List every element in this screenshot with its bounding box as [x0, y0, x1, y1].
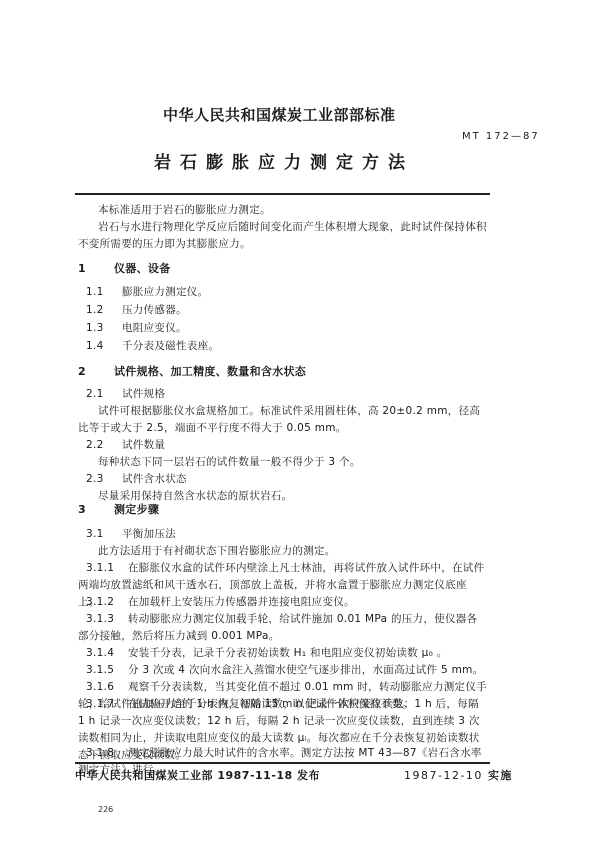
item-text: 试件规格 [122, 388, 165, 400]
step-number: 3.1.1 [86, 560, 128, 577]
document-title: 岩石膨胀应力测定方法 [154, 148, 414, 173]
item-2-2-body: 每种状态下同一层岩石的试件数量一般不得少于 3 个。 [78, 454, 488, 471]
effective-label: 实施 [488, 769, 513, 782]
item-number: 1.1 [86, 284, 122, 301]
item-number: 1.4 [86, 338, 122, 355]
item-text: 试件含水状态 [122, 473, 187, 485]
step-number: 3.1.8 [86, 745, 128, 762]
section-number: 1 [78, 260, 114, 277]
item-text: 压力传感器。 [122, 304, 187, 316]
item-2-2: 2.2试件数量 [86, 437, 496, 454]
item-3-1: 3.1平衡加压法 [86, 526, 496, 543]
item-number: 2.2 [86, 437, 122, 454]
step-number: 3.1.4 [86, 645, 128, 662]
section-2-heading: 2试件规格、加工精度、数量和含水状态 [78, 363, 488, 380]
step-number: 3.1.7 [86, 696, 128, 713]
step-number: 3.1.5 [86, 662, 128, 679]
section-number: 2 [78, 363, 114, 380]
item-text: 千分表及磁性表座。 [122, 340, 219, 352]
effective-statement: 1987-12-10 实施 [404, 767, 513, 783]
item-2-1: 2.1试件规格 [86, 386, 496, 403]
bottom-divider [75, 762, 490, 764]
issuing-organization: 中华人民共和国煤炭工业部部标准 [163, 104, 396, 125]
standard-code: MT 172—87 [462, 131, 540, 142]
step-number: 3.1.2 [86, 594, 128, 611]
item-1-2: 1.2压力传感器。 [86, 302, 496, 319]
item-number: 1.3 [86, 320, 122, 337]
effective-date: 1987-12-10 [404, 769, 483, 782]
item-1-3: 1.3电阻应变仪。 [86, 320, 496, 337]
step-text: 在加载杆上安装压力传感器并连接电阻应变仪。 [128, 596, 355, 608]
step-3-1-3: 3.1.3转动膨胀应力测定仪加载手轮，给试件施加 0.01 MPa 的压力，使仪… [78, 611, 488, 645]
item-text: 电阻应变仪。 [122, 322, 187, 334]
section-title: 仪器、设备 [114, 262, 171, 275]
section-3-heading: 3测定步骤 [78, 501, 488, 518]
item-text: 平衡加压法 [122, 528, 176, 540]
issue-statement: 中华人民共和国煤炭工业部 1987-11-18 发布 [75, 767, 320, 783]
intro-definition: 岩石与水进行物理化学反应后随时间变化而产生体积增大现象，此时试件保持体积不变所需… [78, 219, 488, 253]
section-title: 试件规格、加工精度、数量和含水状态 [114, 365, 306, 378]
item-1-4: 1.4千分表及磁性表座。 [86, 338, 496, 355]
page-number: 226 [98, 805, 113, 814]
item-number: 2.3 [86, 471, 122, 488]
item-number: 2.1 [86, 386, 122, 403]
item-number: 3.1 [86, 526, 122, 543]
item-2-3: 2.3试件含水状态 [86, 471, 496, 488]
section-title: 测定步骤 [114, 503, 159, 516]
item-text: 试件数量 [122, 439, 165, 451]
item-text: 膨胀应力测定仪。 [122, 286, 208, 298]
intro-scope: 本标准适用于岩石的膨胀应力测定。 [78, 202, 488, 219]
item-3-1-body: 此方法适用于有衬砌状态下围岩膨胀应力的测定。 [78, 543, 488, 560]
step-3-1-5: 3.1.5分 3 次或 4 次向水盒注入蒸馏水使空气逐步排出，水面高过试件 5 … [78, 662, 488, 679]
step-text: 安装千分表，记录千分表初始读数 H₁ 和电阻应变仪初始读数 μ₀ 。 [128, 647, 448, 659]
step-3-1-2: 3.1.2在加载杆上安装压力传感器并连接电阻应变仪。 [78, 594, 488, 611]
section-1-heading: 1仪器、设备 [78, 260, 488, 277]
item-number: 1.2 [86, 302, 122, 319]
item-2-1-body: 试件可根据膨胀仪水盒规格加工。标准试件采用圆柱体，高 20±0.2 mm，径高比… [78, 403, 488, 437]
top-divider [75, 193, 490, 195]
step-number: 3.1.6 [86, 679, 128, 696]
section-number: 3 [78, 501, 114, 518]
step-text: 转动膨胀应力测定仪加载手轮，给试件施加 0.01 MPa 的压力，使仪器各部分接… [78, 613, 477, 642]
step-text: 分 3 次或 4 次向水盒注入蒸馏水使空气逐步排出，水面高过试件 5 mm。 [128, 664, 483, 676]
step-3-1-4: 3.1.4安装千分表，记录千分表初始读数 H₁ 和电阻应变仪初始读数 μ₀ 。 [78, 645, 488, 662]
item-1-1: 1.1膨胀应力测定仪。 [86, 284, 496, 301]
step-number: 3.1.3 [86, 611, 128, 628]
